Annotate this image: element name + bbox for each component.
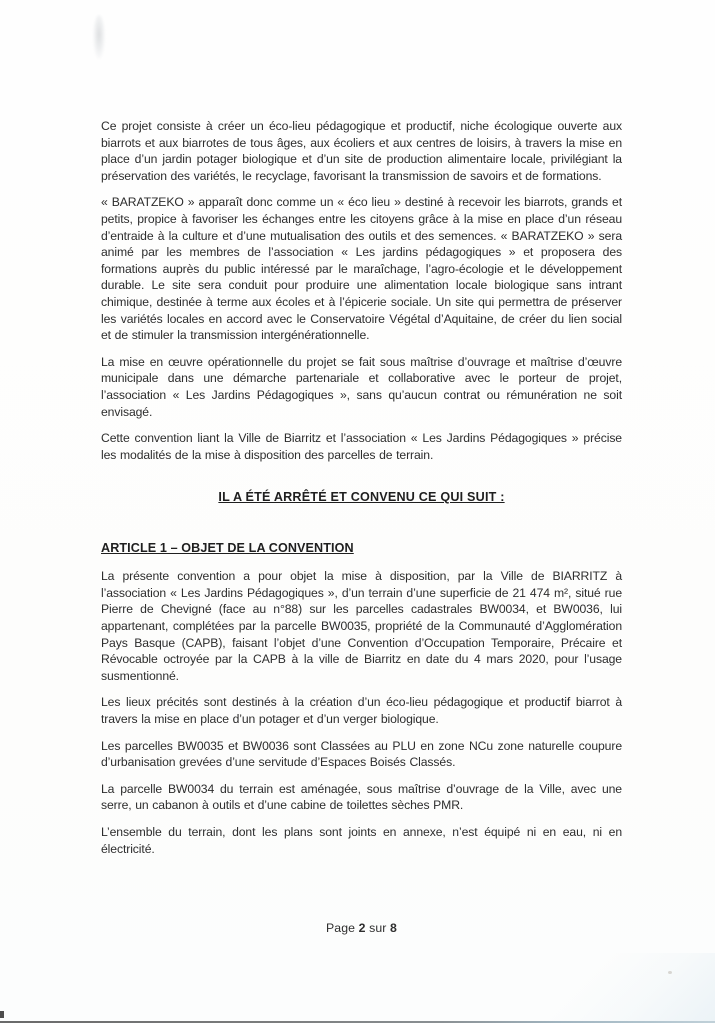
- paragraph-intro-1: Ce projet consiste à créer un éco-lieu p…: [101, 118, 622, 184]
- scan-smudge-artifact: [93, 15, 105, 59]
- scan-corner-mark-artifact: [0, 1011, 4, 1018]
- scan-speck-artifact: [668, 971, 672, 974]
- paragraph-article-1: La présente convention a pour objet la m…: [101, 568, 622, 684]
- paragraph-article-2: Les lieux précités sont destinés à la cr…: [101, 694, 622, 727]
- paragraph-article-3: Les parcelles BW0035 et BW0036 sont Clas…: [101, 738, 622, 771]
- paragraph-intro-3: La mise en œuvre opérationnelle du proje…: [101, 354, 622, 420]
- article-1-heading: ARTICLE 1 – OBJET DE LA CONVENTION: [101, 541, 622, 555]
- scan-corner-tint-artifact: [515, 953, 715, 1023]
- paragraph-intro-4: Cette convention liant la Ville de Biarr…: [101, 430, 622, 463]
- paragraph-article-4: La parcelle BW0034 du terrain est aménag…: [101, 781, 622, 814]
- footer-separator: sur: [369, 921, 386, 935]
- paragraph-article-5: L’ensemble du terrain, dont les plans so…: [101, 824, 622, 857]
- document-content: Ce projet consiste à créer un éco-lieu p…: [101, 118, 622, 867]
- section-heading: IL A ÉTÉ ARRÊTÉ ET CONVENU CE QUI SUIT :: [101, 490, 622, 504]
- footer-page-label: Page: [326, 921, 355, 935]
- footer-page-total: 8: [390, 921, 397, 935]
- paragraph-intro-2: « BARATZEKO » apparaît donc comme un « é…: [101, 194, 622, 343]
- document-page: Ce projet consiste à créer un éco-lieu p…: [0, 0, 715, 1023]
- page-footer: Page 2 sur 8: [101, 921, 622, 935]
- footer-page-number: 2: [359, 921, 366, 935]
